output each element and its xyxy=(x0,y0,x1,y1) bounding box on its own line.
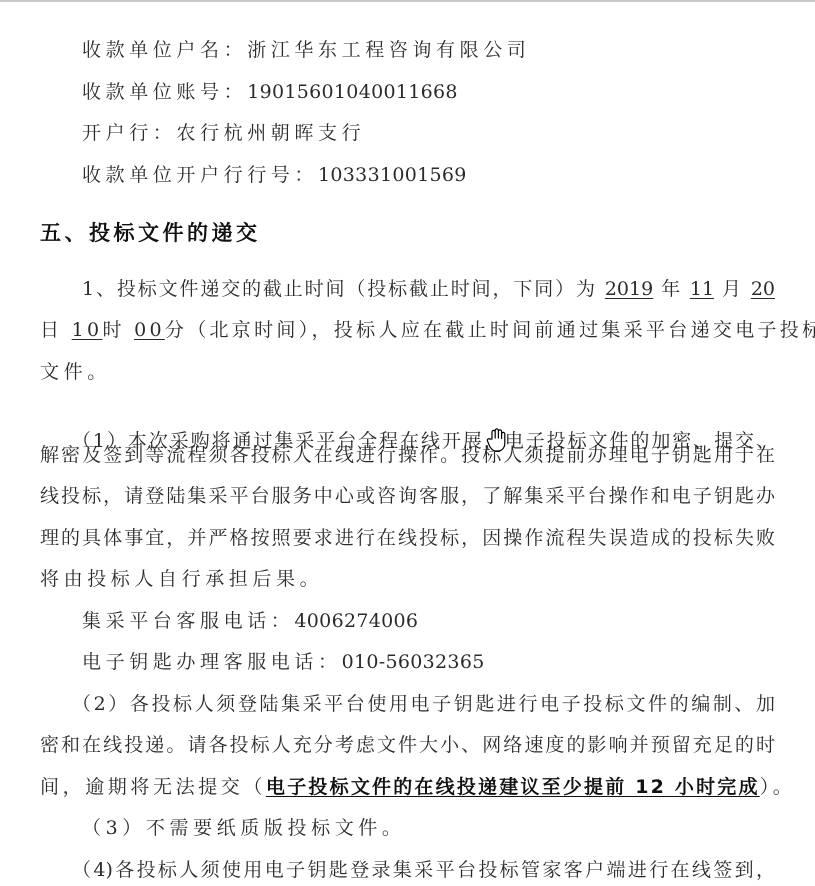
item2-line-1: （2）各投标人须登陆集采平台使用电子钥匙进行电子投标文件的编制、加 xyxy=(40,692,775,716)
payee-bank-value: 农行杭州朝晖支行 xyxy=(176,122,365,144)
item1-line-3: 线投标，请登陆集采平台服务中心或咨询客服，了解集采平台操作和电子钥匙办 xyxy=(40,484,775,508)
item2-line-2: 密和在线投递。请各投标人充分考虑文件大小、网络速度的影响并预留充足的时 xyxy=(40,733,775,757)
ekey-phone-value: 010-56032365 xyxy=(342,651,485,673)
item1-line-5: 将由投标人自行承担后果。 xyxy=(40,567,775,591)
deadline-line2-rest: （北京时间），投标人应在截止时间前通过集采平台递交电子投标 xyxy=(187,319,815,341)
payee-bank-code-line: 收款单位开户行行号：103331001569 xyxy=(40,163,815,187)
deadline-month-unit: 月 xyxy=(722,278,743,300)
deadline-line-1: 1、投标文件递交的截止时间（投标截止时间，下同）为 2019 年 11 月 20 xyxy=(40,277,775,301)
deadline-hour: 10 xyxy=(72,319,103,341)
section-heading: 五、投标文件的递交 xyxy=(40,217,261,247)
deadline-day-unit: 日 xyxy=(40,319,62,341)
platform-phone-label: 集采平台客服电话： xyxy=(82,610,294,632)
deadline-hour-unit: 时 xyxy=(102,319,124,341)
payee-account-line: 收款单位账号：19015601040011668 xyxy=(40,80,815,104)
item4-line-1: （4)各投标人须使用电子钥匙登录集采平台投标管家客户端进行在线签到， xyxy=(40,858,775,882)
payee-account-label: 收款单位账号： xyxy=(82,81,247,103)
platform-phone-value: 4006274006 xyxy=(294,610,418,632)
payee-name-line: 收款单位户名：浙江华东工程咨询有限公司 xyxy=(40,38,815,62)
deadline-minute-unit: 分 xyxy=(165,319,187,341)
item2-line-3: 间，逾期将无法提交（电子投标文件的在线投递建议至少提前 12 小时完成）。 xyxy=(40,775,775,799)
payee-account-value: 19015601040011668 xyxy=(247,81,458,103)
payee-name-value: 浙江华东工程咨询有限公司 xyxy=(247,39,530,61)
payee-bank-code-label: 收款单位开户行行号： xyxy=(82,164,318,186)
deadline-year: 2019 xyxy=(605,278,653,300)
item1-line-4: 理的具体事宜，并严格按照要求进行在线投标，因操作流程失误造成的投标失败 xyxy=(40,526,775,550)
deadline-prefix: 1、投标文件递交的截止时间（投标截止时间，下同）为 xyxy=(82,278,597,300)
ekey-phone-line: 电子钥匙办理客服电话：010-56032365 xyxy=(40,650,815,674)
deadline-year-unit: 年 xyxy=(661,278,682,300)
deadline-line-3: 文件。 xyxy=(40,360,775,384)
document-page: 收款单位户名：浙江华东工程咨询有限公司 收款单位账号：1901560104001… xyxy=(0,0,815,886)
deadline-month: 11 xyxy=(690,278,714,300)
payee-bank-label: 开户行： xyxy=(82,122,176,144)
submission-advice-emphasis: 电子投标文件的在线投递建议至少提前 12 小时完成 xyxy=(266,776,760,798)
payee-bank-code-value: 103331001569 xyxy=(318,164,467,186)
deadline-line-2: 日 10时 00分（北京时间），投标人应在截止时间前通过集采平台递交电子投标 xyxy=(40,318,775,342)
platform-phone-line: 集采平台客服电话：4006274006 xyxy=(40,609,815,633)
item2-line3-prefix: 间，逾期将无法提交（ xyxy=(40,776,266,798)
deadline-minute: 00 xyxy=(134,319,165,341)
item2-line3-suffix: ）。 xyxy=(760,776,796,798)
hand-cursor-icon xyxy=(486,427,508,453)
item1-line-2: 解密及签到等流程须各投标人在线进行操作。投标人须提前办理电子钥匙用于在 xyxy=(40,443,775,467)
payee-bank-line: 开户行：农行杭州朝晖支行 xyxy=(40,121,815,145)
item3-line: （3）不需要纸质版投标文件。 xyxy=(40,816,815,840)
payee-name-label: 收款单位户名： xyxy=(82,39,247,61)
deadline-day: 20 xyxy=(751,278,775,300)
ekey-phone-label: 电子钥匙办理客服电话： xyxy=(82,651,342,673)
